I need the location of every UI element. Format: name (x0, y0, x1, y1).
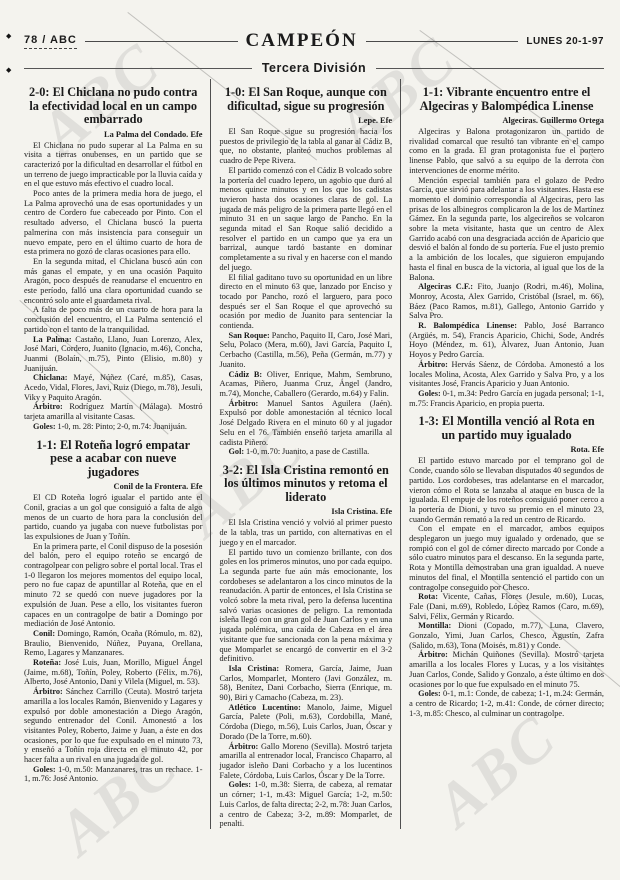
article-paragraph: Isla Cristina: Romera, García, Jaime, Ju… (219, 664, 392, 703)
article-headline: 1-1: Vibrante encuentro entre el Algecir… (411, 86, 602, 113)
article-dateline: Rota. Efe (409, 445, 604, 454)
paragraph-lead: Árbitro: (33, 402, 69, 411)
division-rule-right (376, 68, 604, 69)
article-paragraph: Chiclana: Mayé, Núñez (Caré, m.85), Casa… (24, 373, 202, 402)
page-header: 78 / ABC CAMPEÓN LUNES 20-1-97 (24, 30, 604, 52)
article-paragraph: Goles: 1-0, m.50: Manzanares, tras un re… (24, 765, 202, 784)
article-columns: 2-0: El Chiclana no pudo contra la efect… (24, 79, 604, 829)
article-paragraph: Gol: 1-0, m.70: Juanito, a pase de Casti… (219, 447, 392, 457)
column-2: 1-1: Vibrante encuentro entre el Algecir… (400, 79, 604, 829)
paragraph-lead: Roteña: (33, 658, 65, 667)
article-paragraph: Árbitro: Manuel Santos Aguilera (Jaén). … (219, 399, 392, 448)
article-paragraph: Mención especial también para el golazo … (409, 176, 604, 283)
paragraph-lead: Goles: (418, 689, 443, 698)
page-number: 78 / ABC (24, 34, 77, 49)
paragraph-lead: Árbitro: (228, 399, 267, 408)
article-paragraph: A falta de poco más de un cuarto de hora… (24, 305, 202, 334)
article-paragraph: Árbitro: Sánchez Carrillo (Ceuta). Mostr… (24, 687, 202, 765)
issue-date: LUNES 20-1-97 (526, 36, 604, 47)
article-paragraph: Árbitro: Gallo Moreno (Sevilla). Mostró … (219, 742, 392, 781)
article-paragraph: El Isla Cristina venció y volvió al prim… (219, 518, 392, 547)
article-paragraph: San Roque: Pancho, Paquito II, Caro, Jos… (219, 331, 392, 370)
header-rule-right (366, 41, 519, 42)
paragraph-lead: Goles: (418, 389, 443, 398)
match-report: 1-1: El Roteña logró empatar pese a acab… (24, 439, 202, 785)
paragraph-lead: La Palma: (33, 335, 75, 344)
paragraph-lead: Árbitro: (418, 650, 453, 659)
article-paragraph: Roteña: José Luis, Juan, Morillo, Miguel… (24, 658, 202, 687)
article-paragraph: La Palma: Castaño, Llano, Juan Lorenzo, … (24, 335, 202, 374)
paragraph-lead: Gol: (228, 447, 246, 456)
article-paragraph: Goles: 1-0, m. 28: Pinto; 2-0, m.74: Jua… (24, 422, 202, 432)
article-paragraph: El filial gaditano tuvo su oportunidad e… (219, 273, 392, 331)
article-paragraph: Goles: 0-1, m.34: Pedro García en jugada… (409, 389, 604, 408)
division-banner: Tercera División (24, 61, 604, 75)
article-headline: 1-0: El San Roque, aunque con dificultad… (221, 86, 390, 113)
paragraph-lead: Isla Cristina: (228, 664, 285, 673)
article-dateline: Lepe. Efe (219, 116, 392, 125)
paragraph-lead: Árbitro: (33, 687, 66, 696)
paragraph-lead: Goles: (33, 765, 58, 774)
section-title: CAMPEÓN (246, 30, 358, 52)
article-dateline: La Palma del Condado. Efe (24, 130, 202, 139)
match-report: 1-0: El San Roque, aunque con dificultad… (219, 86, 392, 457)
article-paragraph: R. Balompédica Linense: Pablo, José Barr… (409, 321, 604, 360)
article-headline: 2-0: El Chiclana no pudo contra la efect… (26, 86, 200, 127)
paragraph-lead: Goles: (33, 422, 57, 431)
article-paragraph: El partido comenzó con el Cádiz B volcad… (219, 166, 392, 273)
article-dateline: Isla Cristina. Efe (219, 507, 392, 516)
article-paragraph: Árbitro: Michán Quiñones (Sevilla). Most… (409, 650, 604, 689)
paragraph-lead: R. Balompédica Linense: (418, 321, 524, 330)
paragraph-lead: Cádiz B: (228, 370, 266, 379)
article-paragraph: Conil: Domingo, Ramón, Ocaña (Rómulo, m.… (24, 629, 202, 658)
paragraph-lead: San Roque: (228, 331, 271, 340)
match-report: 1-1: Vibrante encuentro entre el Algecir… (409, 86, 604, 408)
article-paragraph: Montilla: Dioni (Copado, m.77), Luna, Cl… (409, 621, 604, 650)
article-paragraph: Rota: Vicente, Cañas, Flores (Jesule, m.… (409, 592, 604, 621)
paragraph-lead: Conil: (33, 629, 57, 638)
paragraph-lead: Árbitro: (228, 742, 261, 751)
match-report: 1-3: El Montilla venció al Rota en un pa… (409, 415, 604, 718)
division-title: Tercera División (262, 61, 366, 75)
article-paragraph: En la segunda mitad, el Chiclana buscó a… (24, 257, 202, 306)
match-report: 3-2: El Isla Cristina remontó en los últ… (219, 464, 392, 829)
paragraph-lead: Atlético Lucentino: (228, 703, 306, 712)
paragraph-lead: Árbitro: (418, 360, 451, 369)
article-paragraph: Cádiz B: Oliver, Enrique, Mahm, Sembruno… (219, 370, 392, 399)
article-headline: 1-3: El Montilla venció al Rota en un pa… (411, 415, 602, 442)
article-paragraph: Árbitro: Hervás Sáenz, de Córdoba. Amone… (409, 360, 604, 389)
paragraph-lead: Chiclana: (33, 373, 73, 382)
paragraph-lead: Montilla: (418, 621, 458, 630)
paragraph-lead: Goles: (228, 780, 254, 789)
column-1: 1-0: El San Roque, aunque con dificultad… (210, 79, 400, 829)
match-report: 2-0: El Chiclana no pudo contra la efect… (24, 86, 202, 432)
article-paragraph: Goles: 1-0, m.38: Sierra, de cabeza, al … (219, 780, 392, 829)
division-rule-left (24, 68, 252, 69)
column-0: 2-0: El Chiclana no pudo contra la efect… (24, 79, 210, 829)
paragraph-lead: Algeciras C.F.: (418, 282, 477, 291)
article-paragraph: Algeciras C.F.: Fito, Juanjo (Rodri, m.4… (409, 282, 604, 321)
article-paragraph: Atlético Lucentino: Manolo, Jaime, Migue… (219, 703, 392, 742)
article-paragraph: Con el empate en el marcador, ambos equi… (409, 524, 604, 592)
article-paragraph: El Chiclana no pudo superar al La Palma … (24, 141, 202, 190)
article-paragraph: Árbitro: Rodríguez Martín (Málaga). Most… (24, 402, 202, 421)
newspaper-page: 78 / ABC CAMPEÓN LUNES 20-1-97 Tercera D… (0, 0, 620, 880)
article-paragraph: Goles: 0-1, m.1: Conde, de cabeza; 1-1, … (409, 689, 604, 718)
article-paragraph: Poco antes de la primera media hora de j… (24, 189, 202, 257)
article-headline: 1-1: El Roteña logró empatar pese a acab… (26, 439, 200, 480)
article-paragraph: El partido estuvo marcado por el tempran… (409, 456, 604, 524)
article-dateline: Conil de la Frontera. Efe (24, 482, 202, 491)
article-paragraph: El San Roque sigue su progresión hacia l… (219, 127, 392, 166)
paragraph-lead: Rota: (418, 592, 442, 601)
article-paragraph: El CD Roteña logró igualar el partido an… (24, 493, 202, 542)
article-paragraph: Algeciras y Balona protagonizaron un par… (409, 127, 604, 176)
article-paragraph: En la primera parte, el Conil dispuso de… (24, 542, 202, 629)
article-dateline: Algeciras. Guillermo Ortega (409, 116, 604, 125)
header-rule-left (85, 41, 238, 42)
article-headline: 3-2: El Isla Cristina remontó en los últ… (221, 464, 390, 505)
article-paragraph: El partido tuvo un comienzo brillante, c… (219, 548, 392, 664)
